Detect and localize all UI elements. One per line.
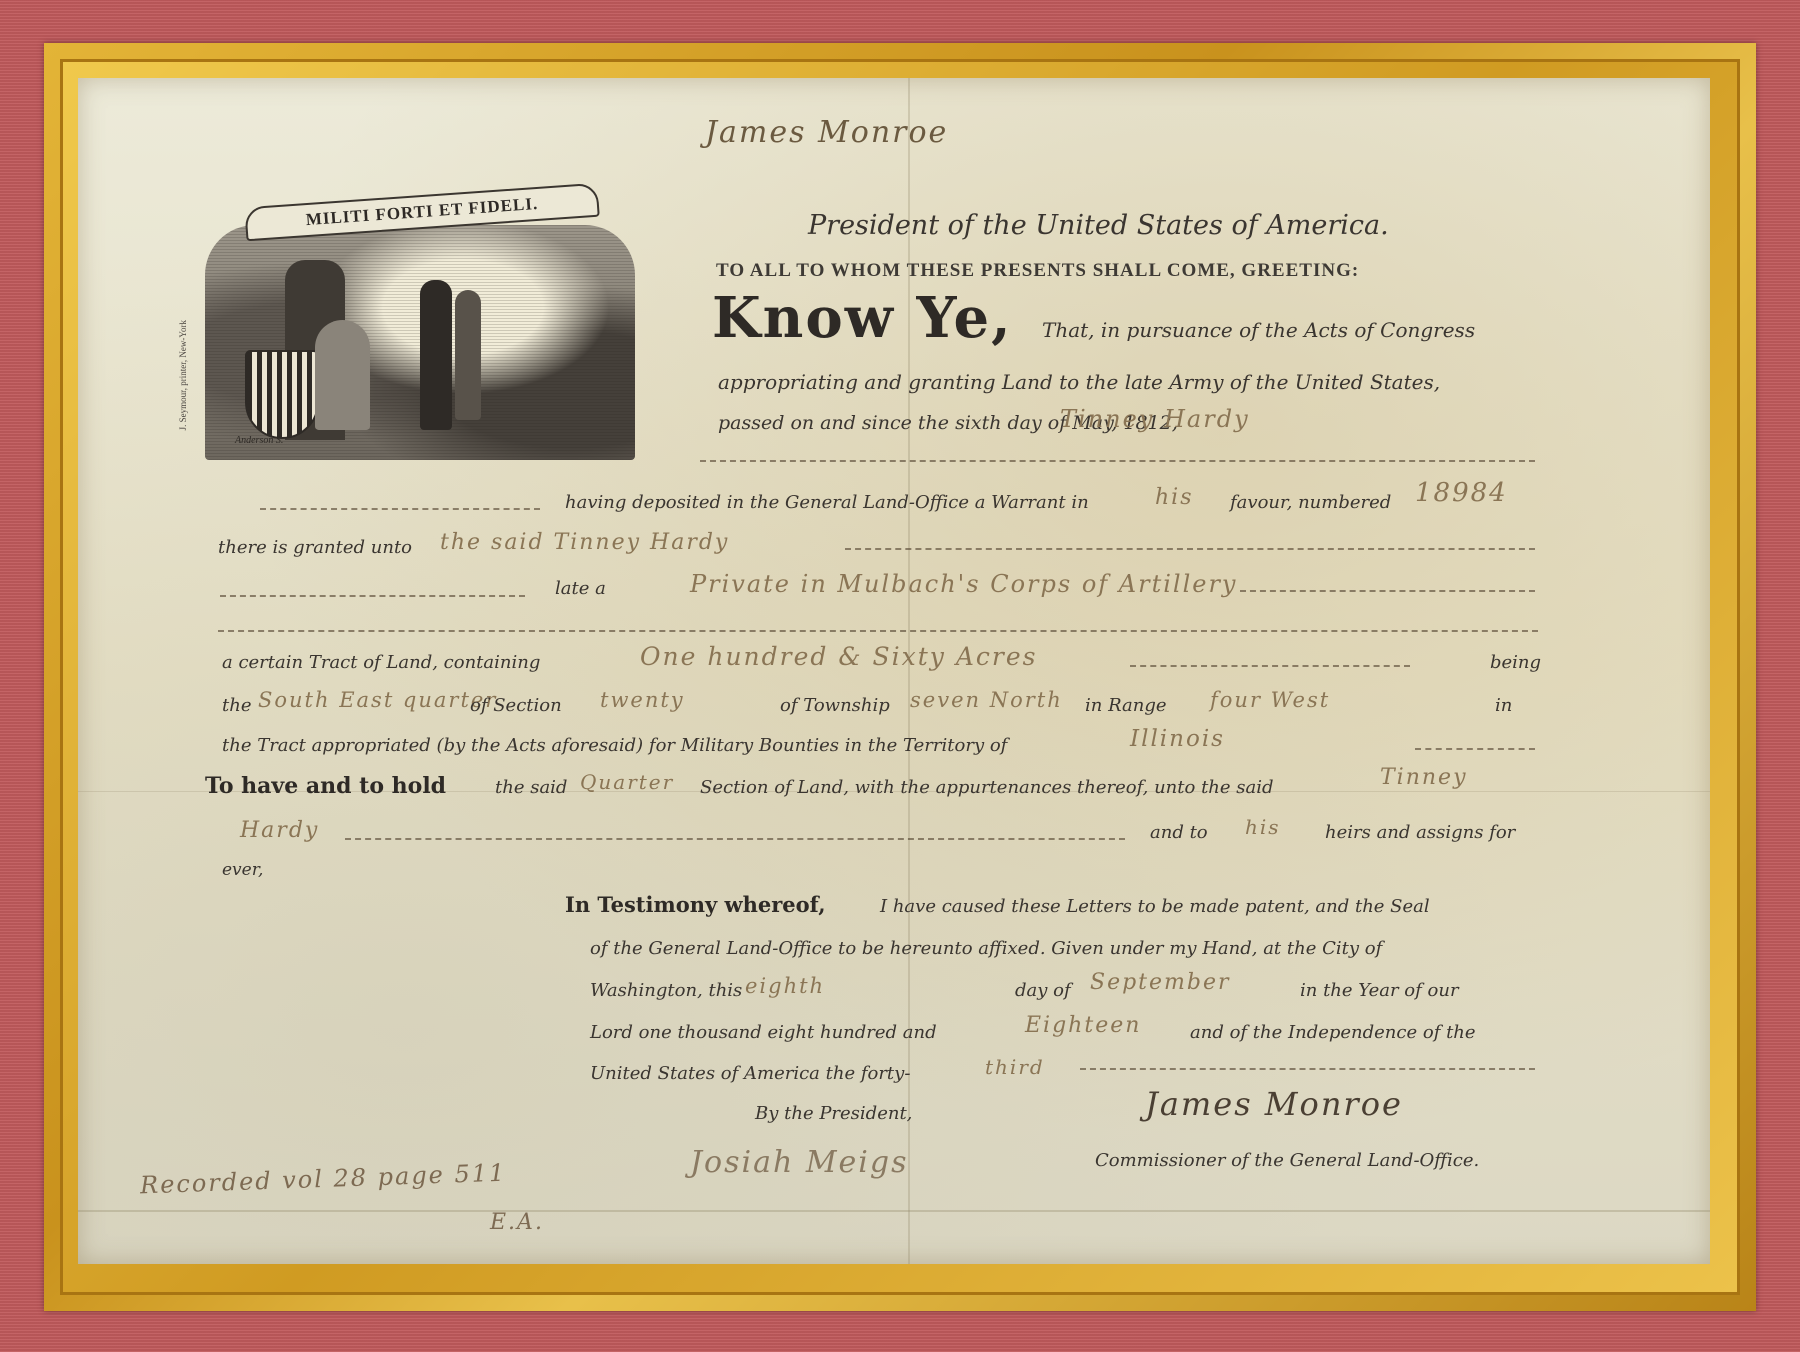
being-text: being bbox=[1490, 652, 1541, 673]
preamble-line2: appropriating and granting Land to the l… bbox=[718, 370, 1440, 394]
independence-text: and of the Independence of the bbox=[1190, 1022, 1476, 1043]
know-ye-heading: Know Ye, bbox=[712, 285, 1013, 351]
rank-unit-hand: Private in Mulbach's Corps of Artillery bbox=[690, 570, 1238, 598]
allegorical-scene-image bbox=[205, 225, 635, 460]
blank-rule bbox=[1240, 590, 1535, 592]
and-to-text: and to bbox=[1150, 822, 1208, 843]
military-bounties-text: the Tract appropriated (by the Acts afor… bbox=[222, 735, 1007, 756]
in-text: in bbox=[1495, 695, 1512, 716]
engraver-credit: Anderson S. bbox=[235, 435, 283, 446]
quarter-section-hand: Quarter bbox=[580, 770, 674, 794]
warrant-favour-text: favour, numbered bbox=[1230, 492, 1391, 513]
heirs-pronoun-hand: his bbox=[1245, 815, 1281, 839]
section-hand: twenty bbox=[600, 688, 685, 712]
range-text: in Range bbox=[1085, 695, 1167, 716]
range-hand: four West bbox=[1210, 688, 1330, 712]
acreage-hand: One hundred & Sixty Acres bbox=[640, 642, 1038, 671]
testimony-line4: Lord one thousand eight hundred and bbox=[590, 1022, 937, 1043]
year-hand: Eighteen bbox=[1025, 1013, 1141, 1038]
woman-figure bbox=[455, 290, 481, 420]
soldier-figure bbox=[420, 280, 452, 430]
blank-rule bbox=[1415, 748, 1535, 750]
preamble-line1: That, in pursuance of the Acts of Congre… bbox=[1042, 318, 1475, 342]
day-hand: eighth bbox=[745, 974, 825, 998]
by-the-president: By the President, bbox=[755, 1103, 912, 1124]
commissioner-title: Commissioner of the General Land-Office. bbox=[1095, 1150, 1479, 1171]
blank-rule bbox=[700, 460, 1535, 462]
township-text: of Township bbox=[780, 695, 890, 716]
day-of-text: day of bbox=[1015, 980, 1071, 1001]
habendum-grantee-hand: Tinney bbox=[1380, 765, 1468, 790]
columbia-figure bbox=[315, 320, 370, 430]
blank-rule bbox=[845, 548, 1535, 550]
year-of-our-text: in the Year of our bbox=[1300, 980, 1459, 1001]
blank-rule bbox=[1130, 665, 1410, 667]
president-signature: James Monroe bbox=[1145, 1085, 1403, 1123]
recorded-initials: E.A. bbox=[490, 1210, 544, 1235]
blank-rule bbox=[1080, 1068, 1535, 1070]
blank-rule bbox=[260, 508, 540, 510]
habendum-text: Section of Land, with the appurtenances … bbox=[700, 777, 1274, 798]
president-name-header: James Monroe bbox=[705, 115, 948, 150]
blank-rule bbox=[220, 595, 525, 597]
section-text: of Section bbox=[470, 695, 562, 716]
habendum-grantee-surname-hand: Hardy bbox=[240, 818, 319, 843]
warrant-line-text: having deposited in the General Land-Off… bbox=[565, 492, 1089, 513]
testimony-line3: Washington, this bbox=[590, 980, 742, 1001]
quarter-hand: South East quarter bbox=[258, 688, 497, 712]
testimony-line5: United States of America the forty- bbox=[590, 1063, 910, 1084]
warrant-number: 18984 bbox=[1415, 478, 1508, 508]
territory-hand: Illinois bbox=[1130, 726, 1225, 752]
tract-text: a certain Tract of Land, containing bbox=[222, 652, 540, 673]
the-text: the bbox=[222, 695, 251, 716]
engraving-vignette: MILITI FORTI ET FIDELI. Anderson S. bbox=[205, 195, 635, 460]
greeting: TO ALL TO WHOM THESE PRESENTS SHALL COME… bbox=[716, 260, 1359, 282]
president-title: President of the United States of Americ… bbox=[808, 210, 1389, 241]
independence-year-hand: third bbox=[985, 1055, 1045, 1079]
grantee-name-hand: Tinney Hardy bbox=[1060, 405, 1250, 433]
township-hand: seven North bbox=[910, 688, 1063, 712]
fold-line bbox=[78, 1210, 1710, 1212]
granted-unto-text: there is granted unto bbox=[218, 537, 412, 558]
ever-text: ever, bbox=[222, 860, 263, 880]
pronoun-hand: his bbox=[1155, 485, 1194, 510]
in-testimony-whereof: In Testimony whereof, bbox=[565, 892, 826, 917]
blank-rule bbox=[218, 630, 1538, 632]
heirs-assigns-text: heirs and assigns for bbox=[1325, 822, 1515, 843]
blank-rule bbox=[345, 838, 1125, 840]
striped-shield-icon bbox=[245, 350, 319, 439]
testimony-line2: of the General Land-Office to be hereunt… bbox=[590, 938, 1382, 959]
testimony-line1: I have caused these Letters to be made p… bbox=[880, 896, 1430, 917]
granted-unto-hand: the said Tinney Hardy bbox=[440, 530, 729, 555]
the-said-text: the said bbox=[495, 777, 567, 798]
month-hand: September bbox=[1090, 970, 1231, 995]
fold-line bbox=[908, 78, 910, 1264]
commissioner-signature: Josiah Meigs bbox=[690, 1145, 909, 1180]
printer-credit: J. Seymour, printer, New-York bbox=[178, 320, 188, 430]
late-a-text: late a bbox=[555, 578, 606, 599]
to-have-and-to-hold: To have and to hold bbox=[205, 773, 446, 799]
